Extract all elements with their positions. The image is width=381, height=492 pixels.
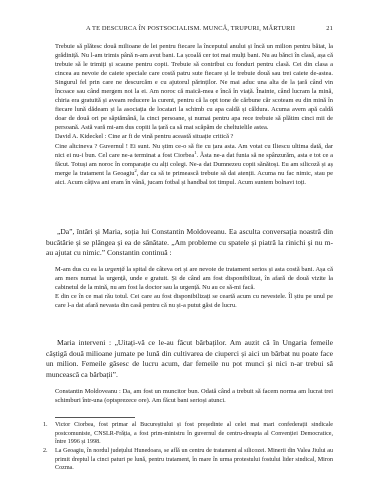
running-title: A TE DESCURCA ÎN POSTSOCIALISM. MUNCĂ, T… [86, 25, 295, 32]
narrative-text: Maria interveni : „Uitați-vă ce le-au fă… [46, 338, 333, 380]
footnote-number: 2. [43, 447, 48, 456]
quote-paragraph: Trebuie să plătesc două milioane de lei … [55, 42, 333, 132]
footnote-separator [55, 417, 135, 418]
quote-text: M-am dus cu ea la [55, 266, 105, 273]
footnote-number: 1. [43, 421, 48, 430]
narrative-paragraph-1: „Da”, întări și Maria, soția lui Constan… [46, 227, 333, 259]
quote-paragraph: M-am dus cu ea la urgență la spital de c… [55, 265, 333, 292]
footnote-1: 1. Victor Ciorbea, fost primar al Bucure… [43, 421, 333, 447]
interview-quote-block-2: M-am dus cu ea la urgență la spital de c… [55, 265, 333, 310]
interview-quote-block-3: Constantin Moldoveanu : Da, am fost un m… [55, 387, 333, 405]
quote-paragraph: Constantin Moldoveanu : Da, am fost un m… [55, 387, 333, 405]
footnote-2: 2. La Geoagiu, în nordul județului Huned… [43, 447, 333, 473]
interview-quote-block-1: Trebuie să plătesc două milioane de lei … [55, 42, 333, 187]
footnote-text: Victor Ciorbea, fost primar al București… [55, 421, 333, 447]
narrative-text: „Da”, întări și Maria, soția lui Constan… [46, 227, 333, 259]
quote-paragraph: Cine altcineva ? Guvernul ! Ei sunt. Nu … [55, 142, 333, 187]
narrative-paragraph-2: Maria interveni : „Uitați-vă ce le-au fă… [46, 338, 333, 380]
interviewer-question: David A. Kideckel : Cine ar fi de vină p… [55, 132, 333, 141]
page-number: 21 [326, 25, 333, 32]
running-header: A TE DESCURCA ÎN POSTSOCIALISM. MUNCĂ, T… [46, 25, 333, 35]
book-page: A TE DESCURCA ÎN POSTSOCIALISM. MUNCĂ, T… [0, 0, 381, 492]
emphasis-text: urgență [105, 266, 125, 273]
footnote-text: La Geoagiu, în nordul județului Hunedoar… [55, 447, 333, 473]
quote-paragraph: E din ce în ce mai rău totul. Cei care a… [55, 292, 333, 310]
